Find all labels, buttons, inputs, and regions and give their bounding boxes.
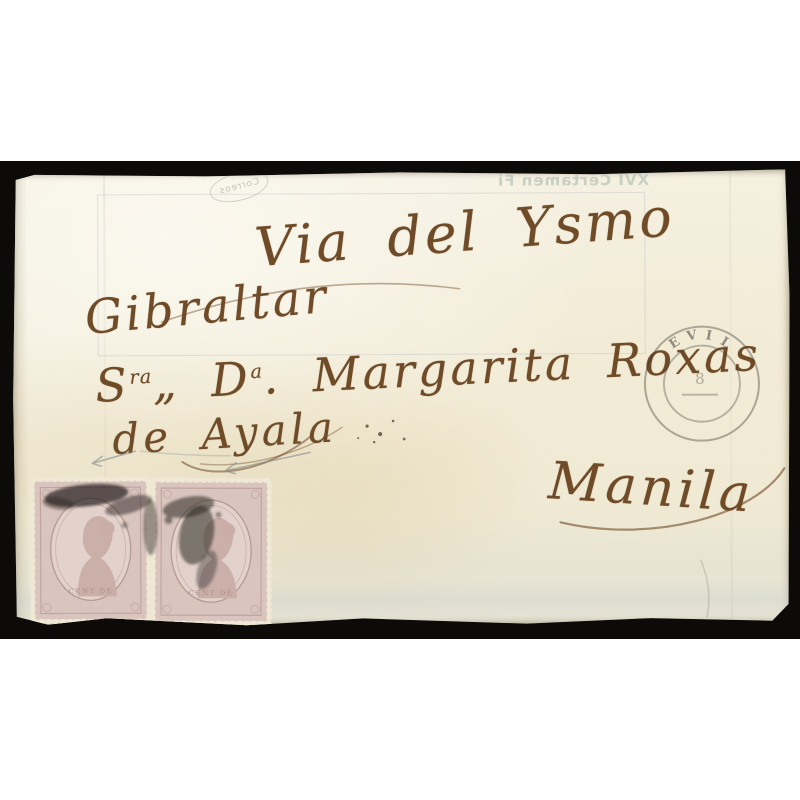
addressee-sep1: „ — [151, 355, 180, 410]
ink-specks — [357, 420, 406, 444]
letter-sheet: XVI Certamen Fi Correos Via del Ysmo Gib… — [11, 169, 791, 627]
postmark-date-bar — [682, 394, 718, 396]
addressee-title: D — [210, 351, 252, 407]
destination-line: Manila — [547, 451, 756, 524]
postmark-center-mark: 8 — [644, 369, 756, 387]
stamp-left-arc-text: CENT DE — [68, 587, 113, 595]
stamp-pair: CENT DE CENT DE — [28, 474, 291, 627]
stamp-right-arc-text: CENT DE — [189, 589, 234, 597]
addressee-honorific-sup: ra — [129, 365, 153, 389]
addressee-sep2: . — [262, 350, 282, 405]
left-flap-shading — [11, 173, 28, 628]
photo-frame: XVI Certamen Fi Correos Via del Ysmo Gib… — [0, 161, 800, 639]
cds-postmark: E V I L 8 — [644, 325, 761, 442]
addressee-line2: de Ayala — [111, 402, 338, 464]
addressee-honorific: S — [94, 357, 131, 413]
